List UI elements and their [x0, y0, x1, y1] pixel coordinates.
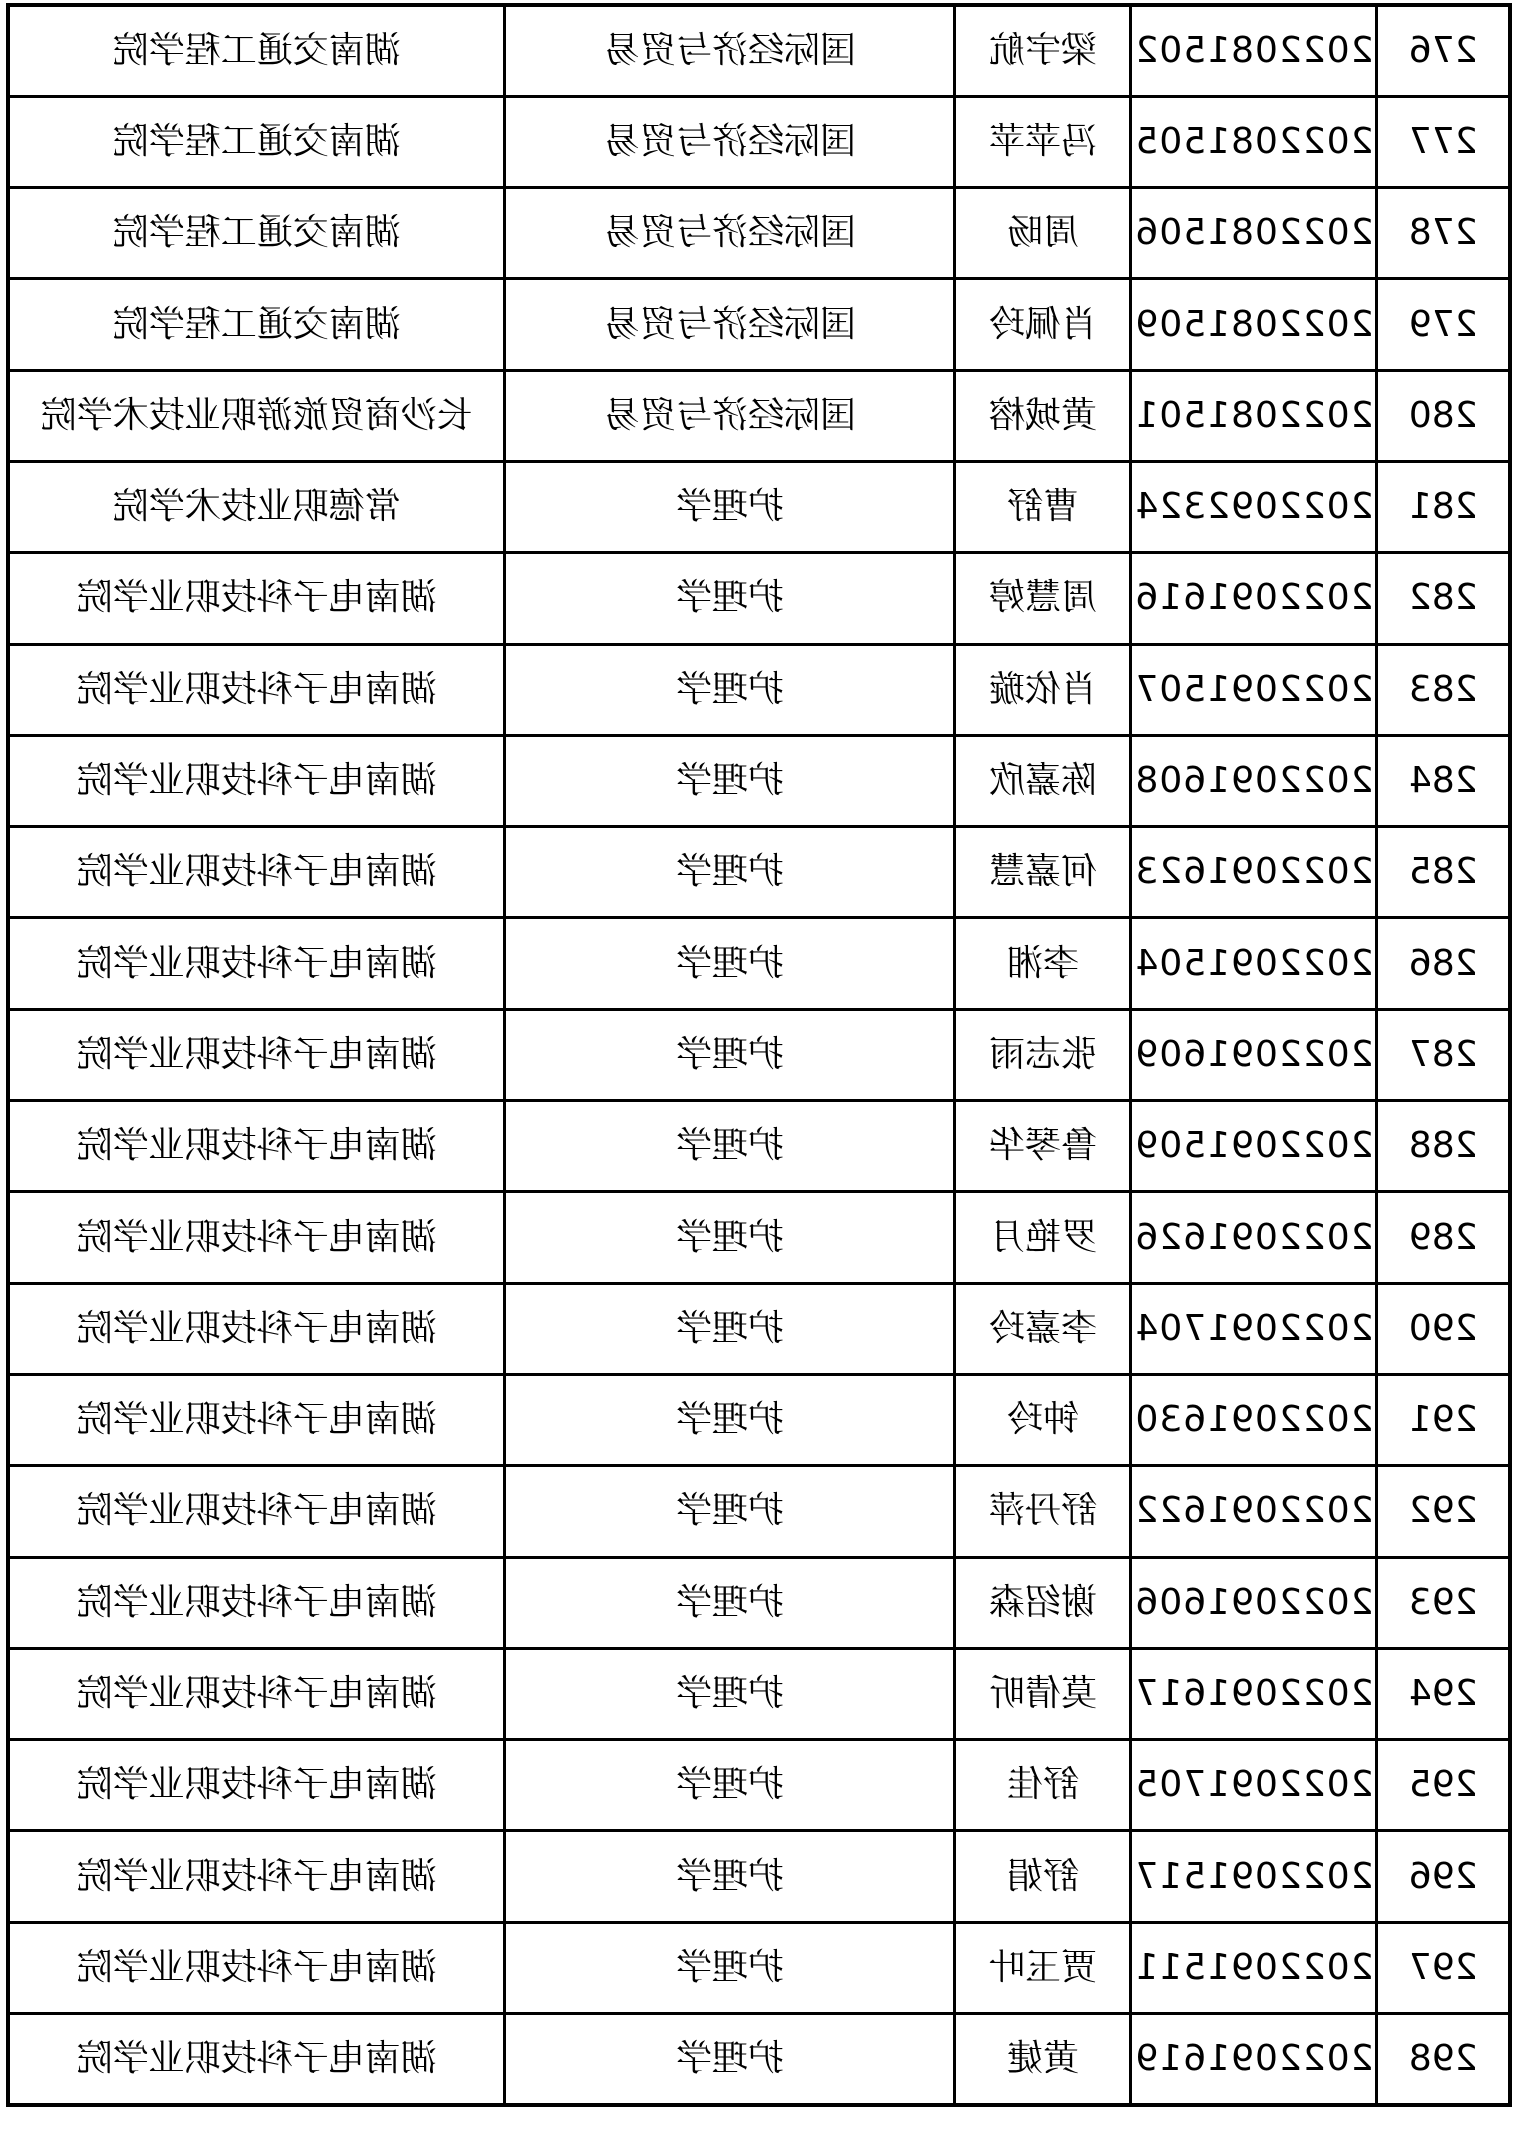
- student-id-text: 2022091606: [1134, 1582, 1373, 1623]
- school-text: 湖南电子科技职业学院: [77, 1125, 437, 1166]
- school-text: 湖南电子科技职业学院: [77, 669, 437, 710]
- student-name-cell: 周旸: [955, 188, 1131, 279]
- student-id-text: 2022091507: [1134, 669, 1373, 710]
- student-id-cell: 2022091705: [1131, 1740, 1377, 1831]
- row-number-text: 278: [1409, 212, 1478, 253]
- student-name-text: 何嘉慧: [989, 851, 1097, 892]
- table-row: 277 2022081505 冯苹苹 国际经济与贸易 湖南交通工程学院: [8, 96, 1510, 187]
- row-number-text: 294: [1409, 1673, 1478, 1714]
- row-number-cell: 290: [1377, 1283, 1510, 1374]
- student-id-cell: 2022081502: [1131, 5, 1377, 96]
- school-cell: 湖南电子科技职业学院: [8, 1557, 505, 1648]
- student-name-cell: 曹舒: [955, 461, 1131, 552]
- student-id-text: 2022091622: [1134, 1490, 1373, 1531]
- major-cell: 国际经济与贸易: [505, 96, 955, 187]
- major-cell: 国际经济与贸易: [505, 5, 955, 96]
- school-text: 湖南交通工程学院: [113, 121, 401, 162]
- table-row: 294 2022091617 莫倩昕 护理学 湖南电子科技职业学院: [8, 1648, 1510, 1739]
- student-id-text: 2022092324: [1134, 486, 1373, 527]
- student-id-cell: 2022091511: [1131, 1922, 1377, 2013]
- student-id-text: 2022091609: [1134, 1034, 1373, 1075]
- major-text: 护理学: [676, 1582, 784, 1623]
- table-row: 288 2022091509 鲁琴华 护理学 湖南电子科技职业学院: [8, 1101, 1510, 1192]
- major-text: 护理学: [676, 1217, 784, 1258]
- student-id-cell: 2022081505: [1131, 96, 1377, 187]
- student-name-text: 钟玲: [1007, 1399, 1079, 1440]
- major-text: 护理学: [676, 2038, 784, 2079]
- student-id-text: 2022081506: [1134, 212, 1373, 253]
- school-cell: 湖南交通工程学院: [8, 96, 505, 187]
- table-row: 293 2022091606 谢绍森 护理学 湖南电子科技职业学院: [8, 1557, 1510, 1648]
- school-cell: 湖南电子科技职业学院: [8, 1283, 505, 1374]
- major-cell: 护理学: [505, 827, 955, 918]
- document-page: 276 2022081502 梁宇航 国际经济与贸易 湖南交通工程学院 277 …: [0, 0, 1524, 2146]
- school-text: 湖南电子科技职业学院: [77, 1308, 437, 1349]
- student-name-text: 罗艳月: [989, 1217, 1097, 1258]
- student-name-text: 曹舒: [1007, 486, 1079, 527]
- student-name-text: 莫倩昕: [989, 1673, 1097, 1714]
- student-name-text: 周旸: [1007, 212, 1079, 253]
- student-id-cell: 2022081501: [1131, 370, 1377, 461]
- row-number-text: 288: [1409, 1125, 1478, 1166]
- row-number-text: 287: [1409, 1034, 1478, 1075]
- student-id-text: 2022081502: [1134, 30, 1373, 71]
- student-name-text: 梁宇航: [989, 30, 1097, 71]
- student-name-cell: 肖依璇: [955, 644, 1131, 735]
- row-number-cell: 277: [1377, 96, 1510, 187]
- table-row: 284 2022091608 陈嘉欣 护理学 湖南电子科技职业学院: [8, 735, 1510, 826]
- major-cell: 护理学: [505, 461, 955, 552]
- major-cell: 国际经济与贸易: [505, 279, 955, 370]
- major-cell: 护理学: [505, 735, 955, 826]
- row-number-cell: 282: [1377, 553, 1510, 644]
- table-row: 295 2022091705 舒佳 护理学 湖南电子科技职业学院: [8, 1740, 1510, 1831]
- table-row: 287 2022091609 张志雨 护理学 湖南电子科技职业学院: [8, 1009, 1510, 1100]
- school-text: 湖南交通工程学院: [113, 30, 401, 71]
- student-name-cell: 舒佳: [955, 1740, 1131, 1831]
- table-body: 276 2022081502 梁宇航 国际经济与贸易 湖南交通工程学院 277 …: [8, 5, 1510, 2105]
- major-text: 护理学: [676, 1034, 784, 1075]
- major-text: 护理学: [676, 1490, 784, 1531]
- school-cell: 湖南电子科技职业学院: [8, 2014, 505, 2105]
- school-cell: 湖南交通工程学院: [8, 279, 505, 370]
- row-number-cell: 288: [1377, 1101, 1510, 1192]
- row-number-cell: 287: [1377, 1009, 1510, 1100]
- student-name-text: 陈嘉欣: [989, 760, 1097, 801]
- student-id-text: 2022091509: [1134, 1125, 1373, 1166]
- student-name-cell: 罗艳月: [955, 1192, 1131, 1283]
- student-id-text: 2022091616: [1134, 577, 1373, 618]
- student-id-cell: 2022091616: [1131, 553, 1377, 644]
- student-roster-table: 276 2022081502 梁宇航 国际经济与贸易 湖南交通工程学院 277 …: [6, 3, 1512, 2107]
- row-number-cell: 280: [1377, 370, 1510, 461]
- student-id-text: 2022091619: [1134, 2038, 1373, 2079]
- student-id-cell: 2022092324: [1131, 461, 1377, 552]
- student-name-text: 鲁琴华: [989, 1125, 1097, 1166]
- row-number-cell: 295: [1377, 1740, 1510, 1831]
- student-name-text: 张志雨: [989, 1034, 1097, 1075]
- mirrored-scan-container: 276 2022081502 梁宇航 国际经济与贸易 湖南交通工程学院 277 …: [0, 3, 1524, 2146]
- student-name-cell: 鲁琴华: [955, 1101, 1131, 1192]
- student-name-text: 舒娟: [1007, 1856, 1079, 1897]
- student-id-text: 2022091511: [1134, 1947, 1373, 1988]
- row-number-cell: 289: [1377, 1192, 1510, 1283]
- student-id-text: 2022091705: [1134, 1764, 1373, 1805]
- major-cell: 护理学: [505, 644, 955, 735]
- student-id-cell: 2022091609: [1131, 1009, 1377, 1100]
- student-name-cell: 李湘: [955, 918, 1131, 1009]
- major-cell: 护理学: [505, 1922, 955, 2013]
- student-id-cell: 2022091626: [1131, 1192, 1377, 1283]
- student-name-text: 黄城榕: [989, 395, 1097, 436]
- student-id-cell: 2022091704: [1131, 1283, 1377, 1374]
- student-id-cell: 2022091617: [1131, 1648, 1377, 1739]
- major-text: 护理学: [676, 486, 784, 527]
- row-number-cell: 279: [1377, 279, 1510, 370]
- table-row: 285 2022091623 何嘉慧 护理学 湖南电子科技职业学院: [8, 827, 1510, 918]
- major-text: 护理学: [676, 1399, 784, 1440]
- row-number-cell: 293: [1377, 1557, 1510, 1648]
- table-row: 282 2022091616 周慧婷 护理学 湖南电子科技职业学院: [8, 553, 1510, 644]
- school-text: 湖南电子科技职业学院: [77, 851, 437, 892]
- major-cell: 护理学: [505, 1648, 955, 1739]
- row-number-text: 293: [1409, 1582, 1478, 1623]
- major-cell: 护理学: [505, 1101, 955, 1192]
- student-name-cell: 何嘉慧: [955, 827, 1131, 918]
- major-cell: 护理学: [505, 1831, 955, 1922]
- school-text: 湖南电子科技职业学院: [77, 1947, 437, 1988]
- row-number-text: 289: [1409, 1217, 1478, 1258]
- row-number-text: 296: [1409, 1856, 1478, 1897]
- school-cell: 湖南电子科技职业学院: [8, 1374, 505, 1465]
- row-number-text: 284: [1409, 760, 1478, 801]
- school-cell: 湖南交通工程学院: [8, 5, 505, 96]
- student-id-cell: 2022091606: [1131, 1557, 1377, 1648]
- table-row: 283 2022091507 肖依璇 护理学 湖南电子科技职业学院: [8, 644, 1510, 735]
- student-name-cell: 莫倩昕: [955, 1648, 1131, 1739]
- major-text: 护理学: [676, 760, 784, 801]
- major-text: 国际经济与贸易: [604, 212, 856, 253]
- school-text: 湖南电子科技职业学院: [77, 2038, 437, 2079]
- row-number-cell: 281: [1377, 461, 1510, 552]
- table-row: 276 2022081502 梁宇航 国际经济与贸易 湖南交通工程学院: [8, 5, 1510, 96]
- student-id-text: 2022091617: [1134, 1673, 1373, 1714]
- major-cell: 护理学: [505, 1466, 955, 1557]
- row-number-text: 283: [1409, 669, 1478, 710]
- table-row: 298 2022091619 黄婕 护理学 湖南电子科技职业学院: [8, 2014, 1510, 2105]
- school-cell: 湖南电子科技职业学院: [8, 1192, 505, 1283]
- student-id-text: 2022091704: [1134, 1308, 1373, 1349]
- row-number-text: 279: [1409, 304, 1478, 345]
- student-id-text: 2022081509: [1134, 304, 1373, 345]
- major-cell: 国际经济与贸易: [505, 188, 955, 279]
- student-name-cell: 梁宇航: [955, 5, 1131, 96]
- row-number-text: 291: [1409, 1399, 1478, 1440]
- school-cell: 湖南交通工程学院: [8, 188, 505, 279]
- table-row: 290 2022091704 李嘉玲 护理学 湖南电子科技职业学院: [8, 1283, 1510, 1374]
- student-id-cell: 2022091509: [1131, 1101, 1377, 1192]
- student-name-text: 肖依璇: [989, 669, 1097, 710]
- student-name-cell: 陈嘉欣: [955, 735, 1131, 826]
- student-name-cell: 黄城榕: [955, 370, 1131, 461]
- table-row: 281 2022092324 曹舒 护理学 常德职业技术学院: [8, 461, 1510, 552]
- student-id-text: 2022081501: [1134, 395, 1373, 436]
- major-text: 护理学: [676, 669, 784, 710]
- major-text: 国际经济与贸易: [604, 121, 856, 162]
- row-number-cell: 285: [1377, 827, 1510, 918]
- student-id-text: 2022081505: [1134, 121, 1373, 162]
- student-id-cell: 2022091504: [1131, 918, 1377, 1009]
- student-name-text: 舒丹萍: [989, 1490, 1097, 1531]
- student-id-cell: 2022081506: [1131, 188, 1377, 279]
- major-cell: 护理学: [505, 1557, 955, 1648]
- school-cell: 湖南电子科技职业学院: [8, 1831, 505, 1922]
- student-id-cell: 2022091507: [1131, 644, 1377, 735]
- major-text: 国际经济与贸易: [604, 304, 856, 345]
- student-name-text: 李湘: [1007, 943, 1079, 984]
- row-number-cell: 278: [1377, 188, 1510, 279]
- student-id-cell: 2022091619: [1131, 2014, 1377, 2105]
- table-row: 291 2022091630 钟玲 护理学 湖南电子科技职业学院: [8, 1374, 1510, 1465]
- student-name-cell: 冯苹苹: [955, 96, 1131, 187]
- major-cell: 护理学: [505, 918, 955, 1009]
- school-text: 湖南电子科技职业学院: [77, 760, 437, 801]
- row-number-text: 277: [1409, 121, 1478, 162]
- major-cell: 护理学: [505, 553, 955, 644]
- row-number-text: 286: [1409, 943, 1478, 984]
- school-text: 常德职业技术学院: [113, 486, 401, 527]
- student-id-text: 2022091630: [1134, 1399, 1373, 1440]
- table-row: 292 2022091622 舒丹萍 护理学 湖南电子科技职业学院: [8, 1466, 1510, 1557]
- row-number-text: 276: [1409, 30, 1478, 71]
- student-id-cell: 2022091608: [1131, 735, 1377, 826]
- row-number-cell: 297: [1377, 1922, 1510, 2013]
- major-text: 国际经济与贸易: [604, 395, 856, 436]
- student-name-text: 肖佩玲: [989, 304, 1097, 345]
- major-text: 护理学: [676, 1308, 784, 1349]
- row-number-text: 282: [1409, 577, 1478, 618]
- student-name-cell: 黄婕: [955, 2014, 1131, 2105]
- student-name-cell: 谢绍森: [955, 1557, 1131, 1648]
- row-number-text: 285: [1409, 851, 1478, 892]
- row-number-cell: 296: [1377, 1831, 1510, 1922]
- student-id-cell: 2022091622: [1131, 1466, 1377, 1557]
- major-cell: 护理学: [505, 1374, 955, 1465]
- school-text: 湖南电子科技职业学院: [77, 577, 437, 618]
- school-cell: 湖南电子科技职业学院: [8, 1101, 505, 1192]
- student-id-cell: 2022091517: [1131, 1831, 1377, 1922]
- major-cell: 国际经济与贸易: [505, 370, 955, 461]
- major-cell: 护理学: [505, 1009, 955, 1100]
- table-row: 279 2022081509 肖佩玲 国际经济与贸易 湖南交通工程学院: [8, 279, 1510, 370]
- row-number-text: 292: [1409, 1490, 1478, 1531]
- row-number-text: 280: [1409, 395, 1478, 436]
- row-number-text: 281: [1409, 486, 1478, 527]
- school-text: 长沙商贸旅游职业技术学院: [41, 395, 473, 436]
- table-row: 296 2022091517 舒娟 护理学 湖南电子科技职业学院: [8, 1831, 1510, 1922]
- row-number-cell: 286: [1377, 918, 1510, 1009]
- row-number-cell: 284: [1377, 735, 1510, 826]
- major-text: 护理学: [676, 851, 784, 892]
- row-number-cell: 276: [1377, 5, 1510, 96]
- row-number-cell: 283: [1377, 644, 1510, 735]
- major-text: 护理学: [676, 1673, 784, 1714]
- student-id-text: 2022091608: [1134, 760, 1373, 801]
- row-number-text: 290: [1409, 1308, 1478, 1349]
- major-cell: 护理学: [505, 1740, 955, 1831]
- school-cell: 常德职业技术学院: [8, 461, 505, 552]
- table-row: 286 2022091504 李湘 护理学 湖南电子科技职业学院: [8, 918, 1510, 1009]
- student-name-cell: 舒娟: [955, 1831, 1131, 1922]
- school-text: 湖南电子科技职业学院: [77, 943, 437, 984]
- student-name-text: 李嘉玲: [989, 1308, 1097, 1349]
- student-id-cell: 2022091623: [1131, 827, 1377, 918]
- table-row: 289 2022091626 罗艳月 护理学 湖南电子科技职业学院: [8, 1192, 1510, 1283]
- student-name-text: 冯苹苹: [989, 121, 1097, 162]
- table-row: 278 2022081506 周旸 国际经济与贸易 湖南交通工程学院: [8, 188, 1510, 279]
- row-number-text: 295: [1409, 1764, 1478, 1805]
- student-id-cell: 2022091630: [1131, 1374, 1377, 1465]
- major-text: 护理学: [676, 1764, 784, 1805]
- student-id-text: 2022091623: [1134, 851, 1373, 892]
- row-number-cell: 291: [1377, 1374, 1510, 1465]
- school-cell: 湖南电子科技职业学院: [8, 735, 505, 826]
- student-name-cell: 舒丹萍: [955, 1466, 1131, 1557]
- school-cell: 湖南电子科技职业学院: [8, 553, 505, 644]
- school-cell: 湖南电子科技职业学院: [8, 1466, 505, 1557]
- school-cell: 长沙商贸旅游职业技术学院: [8, 370, 505, 461]
- major-text: 国际经济与贸易: [604, 30, 856, 71]
- school-text: 湖南交通工程学院: [113, 304, 401, 345]
- student-name-text: 谢绍森: [989, 1582, 1097, 1623]
- major-text: 护理学: [676, 1856, 784, 1897]
- row-number-text: 297: [1409, 1947, 1478, 1988]
- student-name-cell: 周慧婷: [955, 553, 1131, 644]
- major-text: 护理学: [676, 577, 784, 618]
- major-cell: 护理学: [505, 1283, 955, 1374]
- school-text: 湖南电子科技职业学院: [77, 1490, 437, 1531]
- student-name-text: 贾玉叶: [989, 1947, 1097, 1988]
- school-text: 湖南交通工程学院: [113, 212, 401, 253]
- school-cell: 湖南电子科技职业学院: [8, 918, 505, 1009]
- school-cell: 湖南电子科技职业学院: [8, 1009, 505, 1100]
- school-text: 湖南电子科技职业学院: [77, 1856, 437, 1897]
- major-text: 护理学: [676, 1125, 784, 1166]
- major-text: 护理学: [676, 943, 784, 984]
- school-text: 湖南电子科技职业学院: [77, 1582, 437, 1623]
- student-name-cell: 贾玉叶: [955, 1922, 1131, 2013]
- school-text: 湖南电子科技职业学院: [77, 1217, 437, 1258]
- school-text: 湖南电子科技职业学院: [77, 1399, 437, 1440]
- row-number-text: 298: [1409, 2038, 1478, 2079]
- school-cell: 湖南电子科技职业学院: [8, 1922, 505, 2013]
- student-id-cell: 2022081509: [1131, 279, 1377, 370]
- school-cell: 湖南电子科技职业学院: [8, 1648, 505, 1739]
- table-row: 297 2022091511 贾玉叶 护理学 湖南电子科技职业学院: [8, 1922, 1510, 2013]
- student-name-text: 黄婕: [1007, 2038, 1079, 2079]
- school-cell: 湖南电子科技职业学院: [8, 644, 505, 735]
- student-name-text: 舒佳: [1007, 1764, 1079, 1805]
- school-text: 湖南电子科技职业学院: [77, 1764, 437, 1805]
- major-cell: 护理学: [505, 1192, 955, 1283]
- school-cell: 湖南电子科技职业学院: [8, 827, 505, 918]
- row-number-cell: 292: [1377, 1466, 1510, 1557]
- school-text: 湖南电子科技职业学院: [77, 1034, 437, 1075]
- major-cell: 护理学: [505, 2014, 955, 2105]
- row-number-cell: 298: [1377, 2014, 1510, 2105]
- student-name-text: 周慧婷: [989, 577, 1097, 618]
- student-name-cell: 张志雨: [955, 1009, 1131, 1100]
- student-id-text: 2022091504: [1134, 943, 1373, 984]
- student-id-text: 2022091626: [1134, 1217, 1373, 1258]
- student-id-text: 2022091517: [1134, 1856, 1373, 1897]
- school-cell: 湖南电子科技职业学院: [8, 1740, 505, 1831]
- major-text: 护理学: [676, 1947, 784, 1988]
- school-text: 湖南电子科技职业学院: [77, 1673, 437, 1714]
- student-name-cell: 李嘉玲: [955, 1283, 1131, 1374]
- row-number-cell: 294: [1377, 1648, 1510, 1739]
- student-name-cell: 肖佩玲: [955, 279, 1131, 370]
- table-row: 280 2022081501 黄城榕 国际经济与贸易 长沙商贸旅游职业技术学院: [8, 370, 1510, 461]
- student-name-cell: 钟玲: [955, 1374, 1131, 1465]
